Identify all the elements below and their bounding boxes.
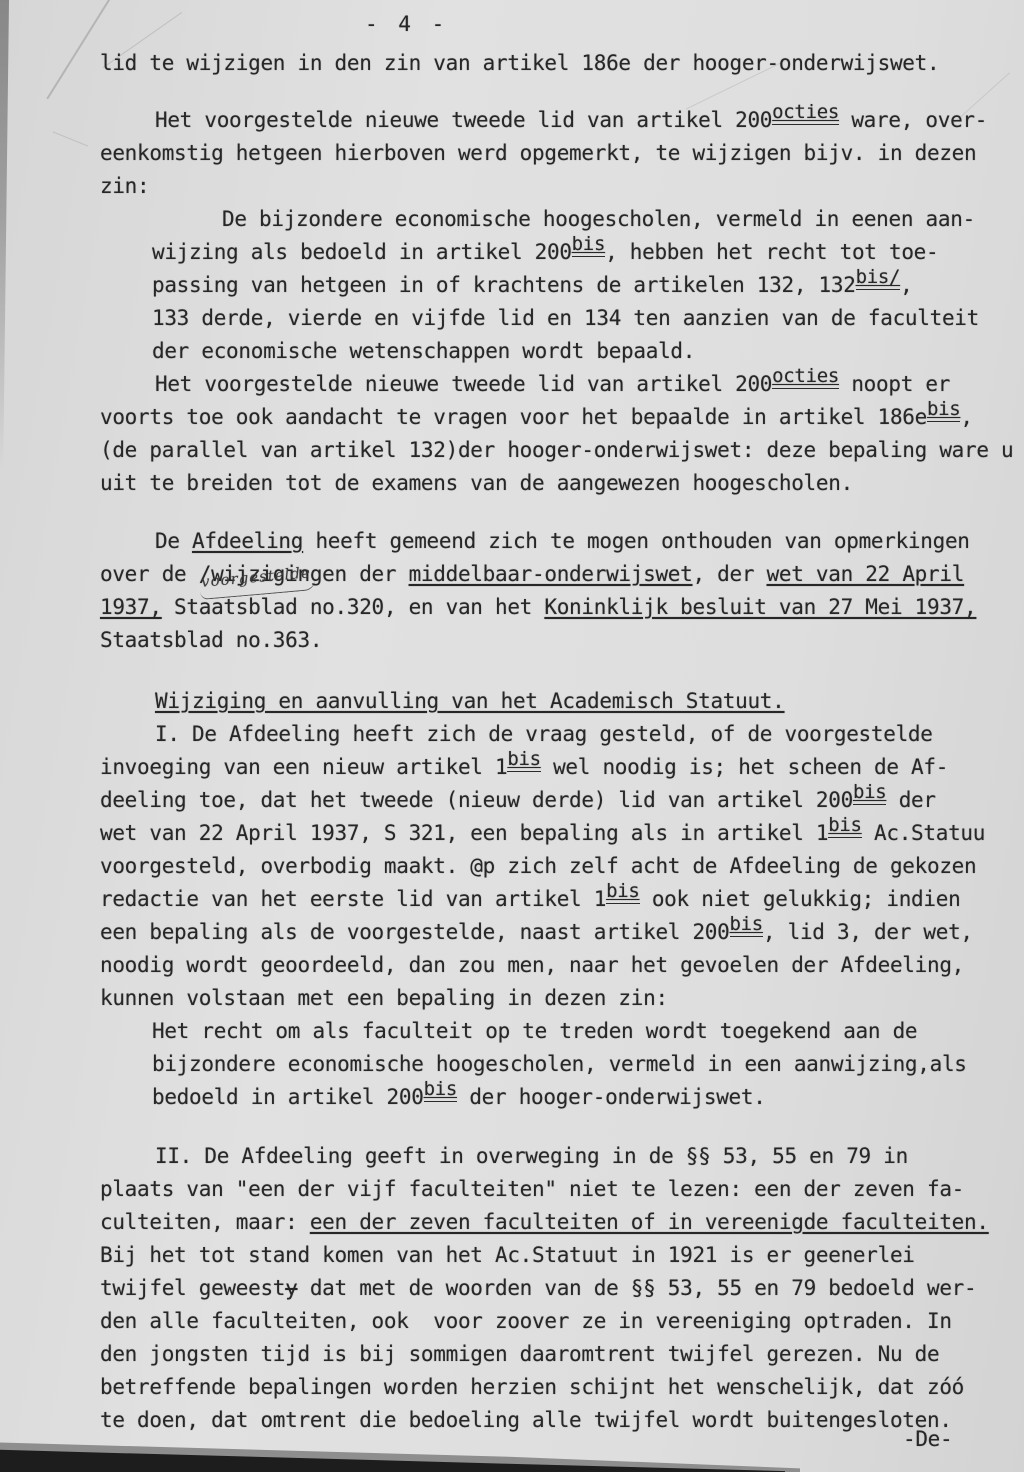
text-line: bedoeld in artikel 200bis der hooger-ond… (0, 1081, 1024, 1114)
paragraph-voorgestelde-1: Het voorgestelde nieuwe tweede lid van a… (0, 104, 1024, 203)
text-segment: culteiten, maar: (100, 1210, 310, 1234)
text-line: voorts toe ook aandacht te vragen voor h… (0, 401, 1024, 434)
text-line: bijzondere economische hoogescholen, ver… (0, 1048, 1024, 1081)
text-line: I. De Afdeeling heeft zich de vraag gest… (0, 718, 1024, 751)
paragraph-I: I. De Afdeeling heeft zich de vraag gest… (0, 718, 1024, 1015)
text-segment: den jongsten tijd is bij sommigen daarom… (100, 1342, 939, 1366)
text-segment: Het recht om als faculteit op te treden … (152, 1019, 917, 1043)
text-line: lid te wijzigen in den zin van artikel 1… (0, 47, 1024, 80)
text-line: Wijziging en aanvulling van het Academis… (0, 685, 1024, 718)
text-line: den alle faculteiten, ook voor zoover ze… (0, 1305, 1024, 1338)
document-page: - 4 - lid te wijzigen in den zin van art… (0, 0, 1024, 1472)
text-segment: II. De Afdeeling geeft in overweging in … (155, 1144, 908, 1168)
text-segment: De bijzondere economische hoogescholen, … (222, 207, 975, 231)
page-number: - 4 - (0, 8, 1024, 41)
text-segment: wel noodig is; het scheen de Af- (541, 755, 948, 779)
text-segment: der economische wetenschappen wordt bepa… (152, 339, 695, 363)
text-segment: twijfel geweest (100, 1276, 285, 1300)
text-line: noodig wordt geoordeeld, dan zou men, na… (0, 949, 1024, 982)
text-line: invoeging van een nieuw artikel 1bis wel… (0, 751, 1024, 784)
text-segment: betreffende bepalingen worden herzien sc… (100, 1375, 964, 1399)
text-segment: te doen, dat omtrent die bedoeling alle … (100, 1408, 952, 1432)
text-line: zin: (0, 170, 1024, 203)
text-line: een bepaling als de voorgestelde, naast … (0, 916, 1024, 949)
superscript-reference: bis (927, 399, 960, 422)
text-segment: wet van 22 April 1937, S 321, een bepali… (100, 821, 828, 845)
text-segment: heeft gemeend zich te mogen onthouden va… (303, 529, 970, 553)
section-heading: Wijziging en aanvulling van het Academis… (0, 685, 1024, 718)
text-segment: , der (693, 562, 767, 586)
text-segment: (de parallel van artikel 132)der hooger-… (100, 438, 1013, 462)
text-segment: wijzing als bedoeld in artikel 200 (152, 240, 572, 264)
text-line: uit te breiden tot de examens van de aan… (0, 467, 1024, 500)
text-segment: Het voorgestelde nieuwe tweede lid van a… (155, 372, 772, 396)
text-segment: middelbaar-onderwijswet (409, 562, 693, 586)
text-line: Het voorgestelde nieuwe tweede lid van a… (0, 368, 1024, 401)
text-line: De Afdeeling heeft gemeend zich te mogen… (0, 525, 1024, 558)
text-segment: 1937, (100, 595, 162, 619)
text-line: twijfel geweesty dat met de woorden van … (0, 1272, 1024, 1305)
text-line: deeling toe, dat het tweede (nieuw derde… (0, 784, 1024, 817)
text-line: te doen, dat omtrent die bedoeling alle … (0, 1404, 1024, 1437)
text-line: over de voorgestelde/wijzigingen der mid… (0, 558, 1024, 591)
text-segment: wet van 22 April (767, 562, 965, 586)
text-segment: voorgesteld, overbodig maakt. @p zich ze… (100, 854, 976, 878)
text-segment: een bepaling als de voorgestelde, naast … (100, 920, 730, 944)
text-line: der economische wetenschappen wordt bepa… (0, 335, 1024, 368)
superscript-reference: bis (853, 782, 886, 805)
text-segment: dat met de woorden van de §§ 53, 55 en 7… (298, 1276, 977, 1300)
blockquote-economische-hoogescholen: De bijzondere economische hoogescholen, … (0, 203, 1024, 368)
superscript-reference: bis (572, 234, 605, 257)
text-segment: noopt er (839, 372, 950, 396)
text-segment: invoeging van een nieuw artikel 1 (100, 755, 507, 779)
superscript-reference: bis (507, 749, 540, 772)
text-segment: , (900, 273, 912, 297)
text-segment: voorts toe ook aandacht te vragen voor h… (100, 405, 927, 429)
text-segment: noodig wordt geoordeeld, dan zou men, na… (100, 953, 964, 977)
text-line: 1937, Staatsblad no.320, en van het Koni… (0, 591, 1024, 624)
blockquote-recht-faculteit: Het recht om als faculteit op te treden … (0, 1015, 1024, 1114)
text-segment: een der zeven faculteiten of in vereenig… (310, 1210, 989, 1234)
superscript-reference: octies (772, 102, 839, 125)
text-line: voorgesteld, overbodig maakt. @p zich ze… (0, 850, 1024, 883)
text-segment: Staatsblad no.363. (100, 628, 322, 652)
text-line: plaats van "een der vijf faculteiten" ni… (0, 1173, 1024, 1206)
paragraph-afdeeling-onthouden: De Afdeeling heeft gemeend zich te mogen… (0, 525, 1024, 657)
text-line: Bij het tot stand komen van het Ac.Statu… (0, 1239, 1024, 1272)
paragraph-voorgestelde-2: Het voorgestelde nieuwe tweede lid van a… (0, 368, 1024, 500)
text-line: Staatsblad no.363. (0, 624, 1024, 657)
text-segment: kunnen volstaan met een bepaling in deze… (100, 986, 668, 1010)
text-segment: Afdeeling (192, 529, 303, 553)
paragraph-II: II. De Afdeeling geeft in overweging in … (0, 1140, 1024, 1437)
superscript-reference: octies (772, 366, 839, 389)
text-segment: Koninklijk besluit van 27 Mei 1937, (544, 595, 976, 619)
text-segment: der (886, 788, 935, 812)
text-line: wijzing als bedoeld in artikel 200bis, h… (0, 236, 1024, 269)
text-segment: der hooger-onderwijswet. (457, 1085, 766, 1109)
text-line: kunnen volstaan met een bepaling in deze… (0, 982, 1024, 1015)
text-segment: eenkomstig hetgeen hierboven werd opgeme… (100, 141, 976, 165)
text-segment: plaats van "een der vijf faculteiten" ni… (100, 1177, 964, 1201)
text-line: passing van hetgeen in of krachtens de a… (0, 269, 1024, 302)
text-segment: , hebben het recht tot toe- (605, 240, 938, 264)
text-segment: , (960, 405, 972, 429)
text-segment: 133 derde, vierde en vijfde lid en 134 t… (152, 306, 979, 330)
text-line: De bijzondere economische hoogescholen, … (0, 203, 1024, 236)
text-line: wet van 22 April 1937, S 321, een bepali… (0, 817, 1024, 850)
document-body: lid te wijzigen in den zin van artikel 1… (0, 47, 1024, 1437)
text-line: Het recht om als faculteit op te treden … (0, 1015, 1024, 1048)
opening-paragraph: lid te wijzigen in den zin van artikel 1… (0, 47, 1024, 80)
superscript-reference: bis (606, 881, 639, 904)
text-line: eenkomstig hetgeen hierboven werd opgeme… (0, 137, 1024, 170)
text-segment: Staatsblad no.320, en van het (162, 595, 545, 619)
superscript-reference: bis (424, 1079, 457, 1102)
text-segment: Het voorgestelde nieuwe tweede lid van a… (155, 108, 772, 132)
superscript-reference: bis (730, 914, 763, 937)
text-segment: deeling toe, dat het tweede (nieuw derde… (100, 788, 853, 812)
text-segment: uit te breiden tot de examens van de aan… (100, 471, 853, 495)
text-segment: Ac.Statuu (862, 821, 985, 845)
text-segment: lid te wijzigen in den zin van artikel 1… (100, 51, 939, 75)
superscript-reference: bis (828, 815, 861, 838)
text-segment: I. De Afdeeling heeft zich de vraag gest… (155, 722, 933, 746)
text-segment: y (285, 1276, 297, 1300)
text-segment: ook niet gelukkig; indien (640, 887, 961, 911)
text-segment: De (155, 529, 192, 553)
text-segment: zin: (100, 174, 149, 198)
superscript-reference: bis/ (856, 267, 901, 290)
text-segment: over de (100, 562, 199, 586)
text-line: betreffende bepalingen worden herzien sc… (0, 1371, 1024, 1404)
text-line: II. De Afdeeling geeft in overweging in … (0, 1140, 1024, 1173)
text-segment: , lid 3, der wet, (763, 920, 973, 944)
text-segment: passing van hetgeen in of krachtens de a… (152, 273, 856, 297)
text-line: 133 derde, vierde en vijfde lid en 134 t… (0, 302, 1024, 335)
text-line: Het voorgestelde nieuwe tweede lid van a… (0, 104, 1024, 137)
text-line: culteiten, maar: een der zeven faculteit… (0, 1206, 1024, 1239)
text-segment: bijzondere economische hoogescholen, ver… (152, 1052, 967, 1076)
text-segment: den alle faculteiten, ook voor zoover ze… (100, 1309, 952, 1333)
text-segment: bedoeld in artikel 200 (152, 1085, 424, 1109)
text-line: den jongsten tijd is bij sommigen daarom… (0, 1338, 1024, 1371)
text-segment: Wijziging en aanvulling van het Academis… (155, 689, 785, 713)
text-line: (de parallel van artikel 132)der hooger-… (0, 434, 1024, 467)
text-segment: Bij het tot stand komen van het Ac.Statu… (100, 1243, 915, 1267)
text-line: redactie van het eerste lid van artikel … (0, 883, 1024, 916)
text-segment: redactie van het eerste lid van artikel … (100, 887, 606, 911)
